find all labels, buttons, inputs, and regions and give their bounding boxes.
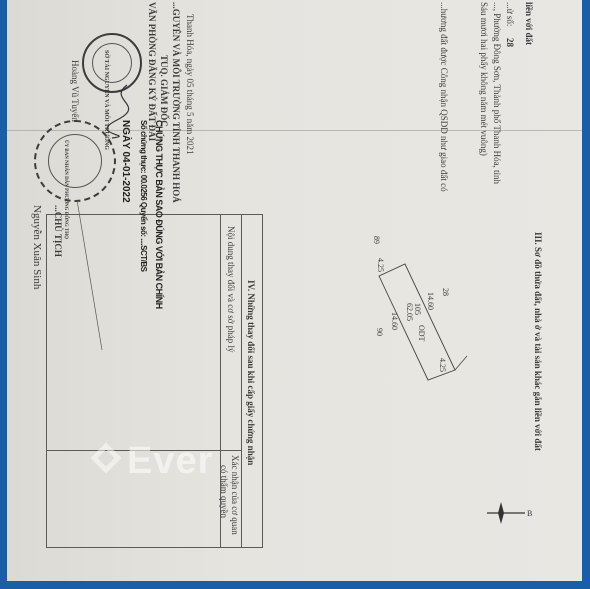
certification-line-2: Số chứng thực: 00.0256 Quyển số: ....SCT…: [138, 120, 149, 271]
address-line: ..., Phường Đông Sơn, Thành phố Thanh Hó…: [491, 2, 502, 184]
signature-stroke-icon: [47, 200, 107, 360]
section-iii-heading: III. Sơ đồ thửa đất, nhà ở và tài sản kh…: [532, 232, 543, 451]
section-iv-heading: IV. Những thay đổi sau khi cấp giấy chứn…: [245, 280, 256, 465]
side-short-right: 4.25: [437, 358, 448, 372]
land-use-code: ODT: [416, 325, 427, 341]
col-header-confirm-2: có thẩm quyền: [218, 465, 229, 518]
section-ii-heading-tail: liền với đất: [523, 2, 534, 45]
side-long-top: 14.60: [425, 292, 436, 310]
col-header-content: Nội dung thay đổi và cơ sở pháp lý: [225, 226, 236, 353]
signer-1: Hoàng Vũ Tuyến: [69, 60, 80, 122]
side-short-left: 4.25: [375, 258, 386, 272]
certificate-page: liền với đất ...ử số: 28 ..., Phường Đôn…: [7, 0, 582, 581]
neighbor-top: 28: [440, 288, 451, 296]
signer-2: Nguyễn Xuân Sinh: [31, 205, 42, 289]
certification-line-1: CHỨNG THỰC BẢN SAO ĐÚNG VỚI BẢN CHÍNH: [153, 120, 164, 309]
neighbor-bottom: 90: [374, 328, 385, 336]
north-arrow-icon: B: [485, 498, 535, 528]
signature-icon: [97, 80, 157, 140]
side-long-bottom: 14.60: [389, 312, 400, 330]
area-words: Sáu mươi hai phẩy không năm mét vuông): [478, 2, 489, 156]
org-line-1: ...GUYÊN VÀ MÔI TRƯỜNG TỈNH THANH HOÁ: [170, 2, 181, 203]
neighbor-left: 89: [371, 236, 382, 244]
date-line: Thanh Hóa, ngày 05 tháng 5 năm 2021: [184, 14, 195, 154]
watermark-text: Ever: [127, 440, 213, 483]
plot-diagram: [367, 230, 487, 390]
org-line-2: TUQ. GIÁM ĐỐC: [158, 55, 169, 127]
table-divider: [241, 214, 242, 548]
parcel-area: 62.05: [404, 303, 415, 321]
compass-label: B: [527, 509, 532, 518]
origin-line: ...hương đất được Công nhận QSDD như gia…: [438, 2, 449, 192]
col-header-confirm-1: Xác nhận của cơ quan: [229, 455, 240, 535]
plot-number-label: ...ử số:: [504, 2, 515, 26]
stamp-ward: [34, 120, 116, 202]
plot-number: 28: [504, 38, 515, 47]
